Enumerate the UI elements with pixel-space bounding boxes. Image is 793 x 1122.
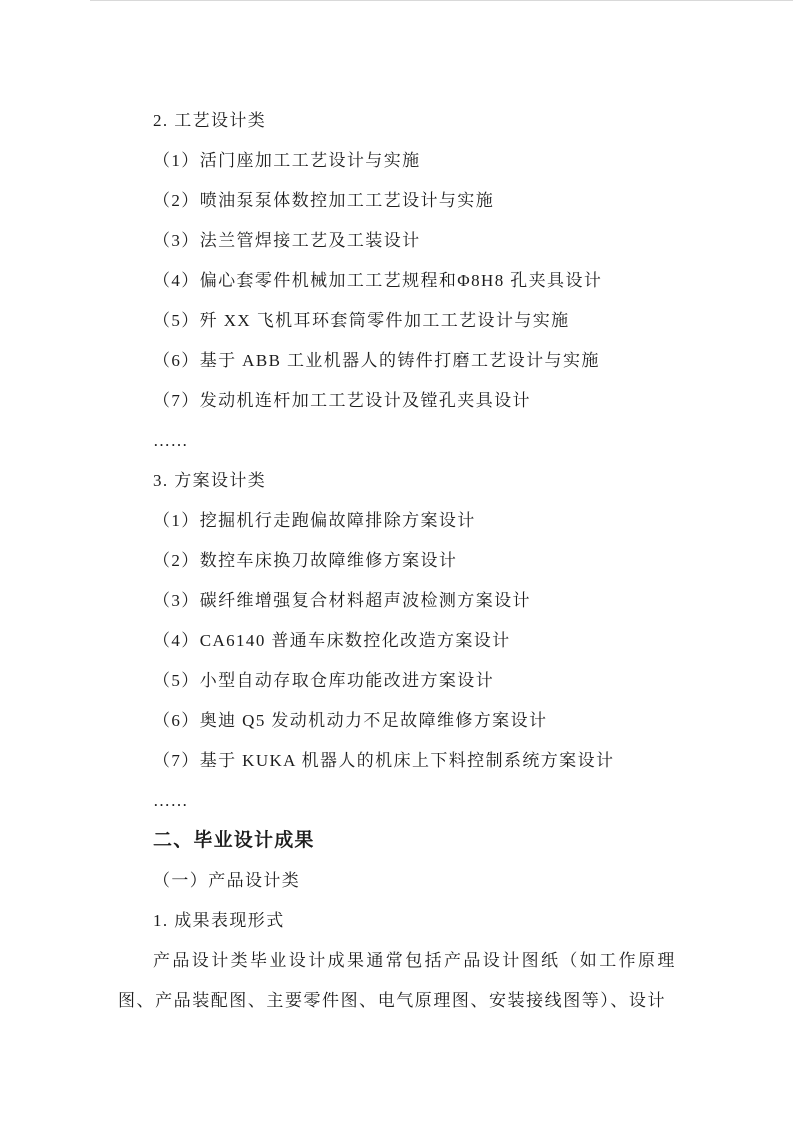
text-line: （5）歼 XX 飞机耳环套筒零件加工工艺设计与实施 bbox=[118, 301, 675, 341]
text-line: …… bbox=[118, 781, 675, 821]
text-line: （1）挖掘机行走跑偏故障排除方案设计 bbox=[118, 501, 675, 541]
text-line: （4）偏心套零件机械加工工艺规程和Φ8H8 孔夹具设计 bbox=[118, 261, 675, 301]
document-body: 2. 工艺设计类（1）活门座加工工艺设计与实施（2）喷油泵泵体数控加工工艺设计与… bbox=[118, 101, 675, 1021]
text-line: （1）活门座加工工艺设计与实施 bbox=[118, 141, 675, 181]
text-line: （6）基于 ABB 工业机器人的铸件打磨工艺设计与实施 bbox=[118, 341, 675, 381]
text-line: （3）碳纤维增强复合材料超声波检测方案设计 bbox=[118, 581, 675, 621]
text-line: …… bbox=[118, 421, 675, 461]
text-line: （7）基于 KUKA 机器人的机床上下料控制系统方案设计 bbox=[118, 741, 675, 781]
text-line: （7）发动机连杆加工工艺设计及镗孔夹具设计 bbox=[118, 381, 675, 421]
text-line: （4）CA6140 普通车床数控化改造方案设计 bbox=[118, 621, 675, 661]
text-line: （5）小型自动存取仓库功能改进方案设计 bbox=[118, 661, 675, 701]
text-line: （6）奥迪 Q5 发动机动力不足故障维修方案设计 bbox=[118, 701, 675, 741]
document-page: 2. 工艺设计类（1）活门座加工工艺设计与实施（2）喷油泵泵体数控加工工艺设计与… bbox=[0, 0, 793, 1122]
page-edge-line bbox=[90, 0, 793, 1]
section-heading: 二、毕业设计成果 bbox=[118, 821, 675, 861]
text-line: 产品设计类毕业设计成果通常包括产品设计图纸（如工作原理 bbox=[118, 941, 675, 981]
text-line: 2. 工艺设计类 bbox=[118, 101, 675, 141]
text-line: 图、产品装配图、主要零件图、电气原理图、安装接线图等）、设计 bbox=[118, 981, 675, 1021]
text-line: （一）产品设计类 bbox=[118, 861, 675, 901]
text-line: 1. 成果表现形式 bbox=[118, 901, 675, 941]
text-line: （2）喷油泵泵体数控加工工艺设计与实施 bbox=[118, 181, 675, 221]
text-line: （3）法兰管焊接工艺及工装设计 bbox=[118, 221, 675, 261]
text-line: 3. 方案设计类 bbox=[118, 461, 675, 501]
text-line: （2）数控车床换刀故障维修方案设计 bbox=[118, 541, 675, 581]
